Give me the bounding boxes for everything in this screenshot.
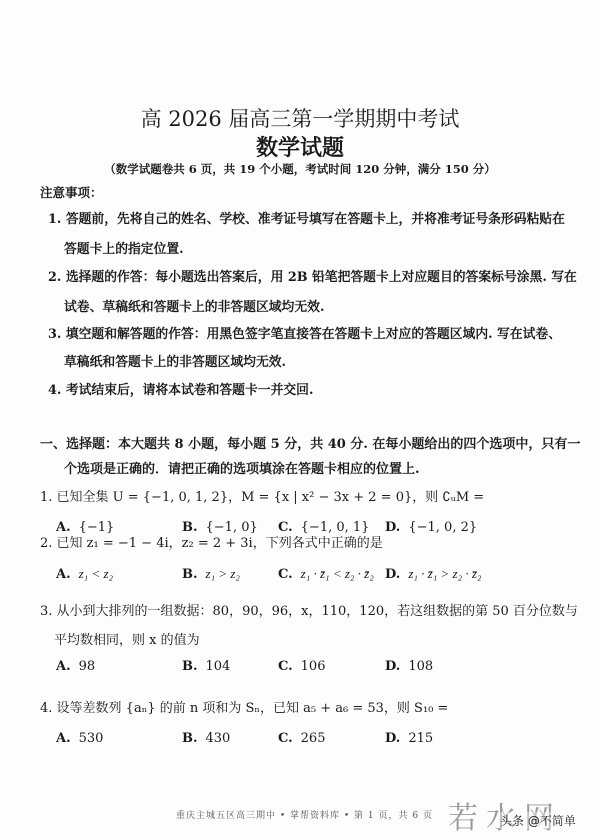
- question-2-option-c: C.z₁ · z̄₁ < z₂ · z̄₂: [278, 566, 374, 582]
- question-2-stem: 2. 已知 z₁ = −1 − 4i，z₂ = 2 + 3i，下列各式中正确的是: [40, 532, 383, 551]
- notice-item-3-line1: 3. 填空题和解答题的作答：用黑色签字笔直接答在答题卡上对应的答题区域内. 写在…: [48, 323, 561, 342]
- question-4-option-a: A.530: [56, 731, 103, 746]
- question-3-stem-line2: 平均数相同，则 x 的值为: [54, 629, 200, 648]
- watermark-overlay: 头条 @不简单: [500, 812, 576, 829]
- notice-item-2-line2: 试卷、草稿纸和答题卡上的非答题区域均无效.: [64, 296, 324, 315]
- notice-heading: 注意事项：: [40, 183, 103, 201]
- question-4-option-d: D.215: [385, 731, 433, 746]
- question-1-stem: 1. 已知全集 U = {−1, 0, 1, 2}，M = {x | x² − …: [40, 486, 484, 505]
- question-3-option-c: C.106: [278, 659, 325, 674]
- exam-title: 高 2026 届高三第一学期期中考试: [0, 103, 600, 133]
- notice-item-2-line1: 2. 选择题的作答：每小题选出答案后，用 2B 铅笔把答题卡上对应题目的答案标号…: [48, 266, 577, 285]
- question-2-option-d: D.z₁ · z̄₁ > z₂ · z̄₂: [385, 566, 481, 582]
- exam-subject: 数学试题: [0, 131, 600, 162]
- page-footer: 重庆主城五区高三期中 • 掌帮资料库 • 第 1 页，共 6 页: [176, 808, 433, 821]
- exam-page: 高 2026 届高三第一学期期中考试 数学试题 （数学试题卷共 6 页，共 19…: [0, 0, 600, 840]
- notice-item-3-line2: 草稿纸和答题卡上的非答题区域均无效.: [64, 351, 286, 370]
- question-4-stem: 4. 设等差数列 {aₙ} 的前 n 项和为 Sₙ，已知 a₅ + a₆ = 5…: [40, 697, 448, 716]
- question-1-option-d: D.{−1, 0, 2}: [385, 520, 477, 535]
- section-1-instructions-line2: 个选项是正确的．请把正确的选项填涂在答题卡相应的位置上.: [64, 458, 420, 477]
- question-2-option-a: A.z₁ < z₂: [56, 566, 113, 582]
- notice-item-1-line1: 1. 答题前，先将自己的姓名、学校、准考证号填写在答题卡上，并将准考证号条形码粘…: [48, 208, 565, 227]
- question-2-option-b: B.z₁ > z₂: [182, 566, 240, 582]
- question-4-option-b: B.430: [182, 731, 230, 746]
- exam-subtitle: （数学试题卷共 6 页，共 19 个小题，考试时间 120 分钟，满分 150 …: [0, 161, 600, 177]
- question-4-option-c: C.265: [278, 731, 325, 746]
- notice-item-1-line2: 答题卡上的指定位置.: [64, 238, 184, 257]
- question-3-stem-line1: 3. 从小到大排列的一组数据：80，90，96，x，110，120，若这组数据的…: [40, 600, 578, 619]
- question-3-option-b: B.104: [182, 659, 230, 674]
- question-3-option-a: A.98: [56, 659, 95, 674]
- question-3-option-d: D.108: [385, 659, 433, 674]
- notice-item-4: 4. 考试结束后，请将本试卷和答题卡一并交回.: [48, 379, 313, 398]
- section-1-instructions-line1: 一、选择题：本大题共 8 小题，每小题 5 分，共 40 分. 在每小题给出的四…: [40, 433, 580, 452]
